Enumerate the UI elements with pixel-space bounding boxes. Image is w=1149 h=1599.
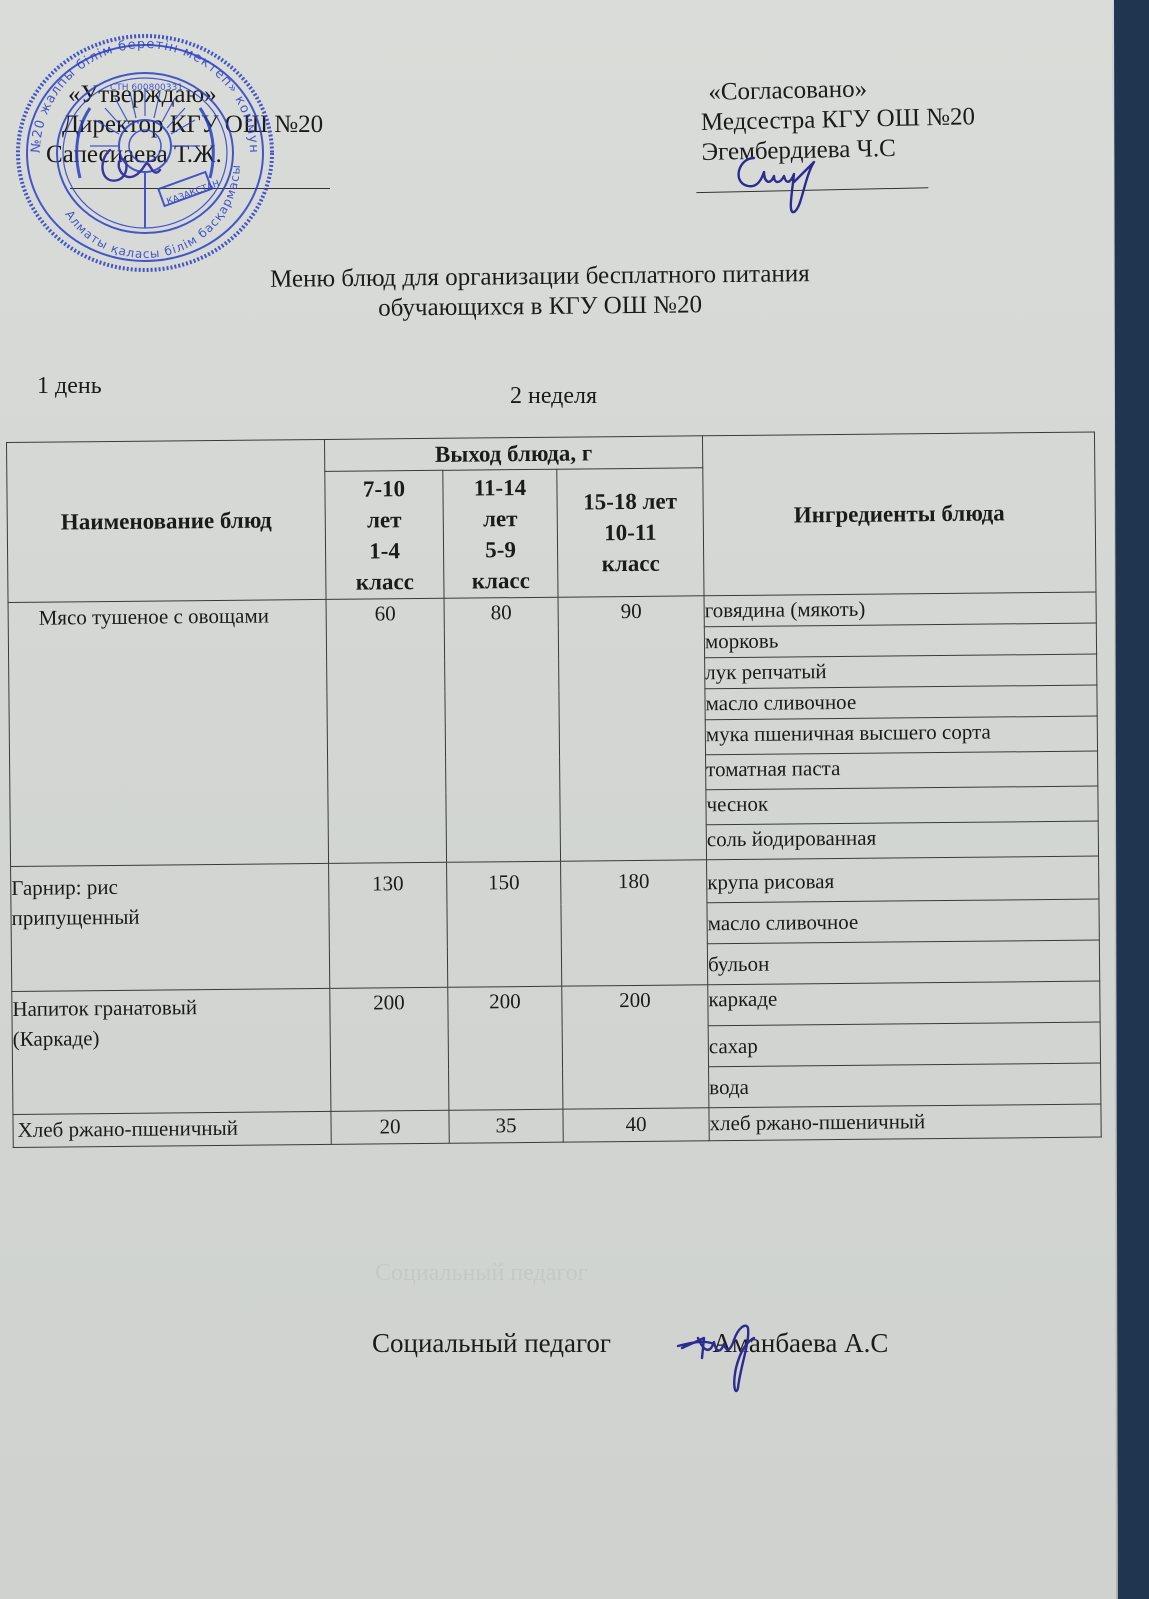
dish-name: Хлеб ржано-пшеничный (13, 1111, 331, 1147)
ingredient: бульон (707, 940, 1099, 985)
ingredient: хлеб ржано-пшеничный (709, 1104, 1101, 1141)
header-group-11-14: 11-14 лет 5-9 класс (443, 469, 558, 598)
agreement-block: «Согласовано» Медсестра КГУ ОШ №20 Эгемб… (700, 72, 976, 168)
header-group-a-line: 1-4 (326, 534, 443, 566)
header-yield: Выход блюда, г (324, 436, 702, 472)
header-ingredients: Ингредиенты блюда (702, 432, 1096, 596)
ingredient: масло сливочное (707, 899, 1099, 944)
stamp-bottom-text: Алматы қаласы білім басқармасы (62, 163, 243, 261)
footer-role: Социальный педагог (372, 1328, 611, 1358)
ingredient: крупа рисовая (707, 856, 1099, 903)
header-group-b-line: класс (444, 564, 557, 596)
yield-7-10: 60 (326, 598, 447, 863)
yield-7-10: 130 (329, 862, 448, 988)
header-group-a-line: лет (326, 503, 443, 535)
ingredient: каркаде (708, 981, 1100, 1026)
document-title: Меню блюд для организации бесплатного пи… (150, 258, 931, 326)
dish-name: Гарнир: рис припущенный (11, 863, 330, 991)
header-group-b-line: 11-14 (443, 471, 556, 503)
header-group-c-line: 15-18 лет (557, 485, 702, 517)
yield-7-10: 200 (330, 987, 449, 1111)
agreement-position: Медсестра КГУ ОШ №20 (701, 102, 976, 138)
menu-table: Наименование блюд Выход блюда, г Ингреди… (6, 432, 1102, 1148)
ingredient: чеснок (706, 786, 1098, 825)
stamp-bin-text: СТН 600800331 (110, 83, 183, 93)
header-dish-name-text: Наименование блюд (61, 507, 272, 534)
week-label: 2 неделя (510, 383, 597, 410)
ingredient: морковь (704, 623, 1096, 658)
ingredient: масло сливочное (705, 685, 1097, 720)
day-label: 1 день (37, 373, 102, 400)
yield-11-14: 150 (447, 861, 562, 987)
header-group-a-line: 7-10 (325, 472, 442, 504)
official-stamp-icon: №20 жалпы білім беретін мектеп» коммунал… (10, 28, 280, 278)
agreement-name: Эгембердиева Ч.С (701, 132, 976, 168)
yield-15-18: 180 (561, 860, 708, 986)
ingredient: вода (709, 1063, 1101, 1108)
ingredient: мука пшеничная высшего сорта (705, 716, 1097, 755)
ingredient: томатная паста (706, 751, 1098, 790)
dish-name: Мясо тушеное с овощами (8, 599, 329, 866)
header-group-7-10: 7-10 лет 1-4 класс (325, 470, 444, 599)
bleed-through-text: Социальный педагог (375, 1260, 587, 1287)
header-group-a-line: класс (326, 565, 443, 597)
yield-15-18: 90 (558, 596, 707, 861)
header-group-c-line: класс (558, 547, 703, 579)
ingredient: сахар (708, 1022, 1100, 1067)
footer-person: Аманбаева А.С (712, 1328, 888, 1358)
dish-name: Напиток гранатовый (Каркаде) (12, 988, 331, 1114)
svg-text:Алматы қаласы білім басқармасы: Алматы қаласы білім басқармасы (62, 163, 243, 261)
header-group-c-line: 10-11 (558, 516, 703, 548)
header-group-15-18: 15-18 лет 10-11 класс (557, 468, 704, 597)
ingredient: лук репчатый (705, 654, 1097, 689)
header-group-b-line: 5-9 (444, 533, 557, 565)
ingredient: соль йодированная (706, 821, 1098, 860)
footer-signature-block: Социальный педагог Аманбаева А.С (372, 1328, 888, 1359)
header-dish-name: Наименование блюд (7, 439, 327, 602)
yield-15-18: 40 (563, 1108, 709, 1142)
yield-15-18: 200 (562, 985, 709, 1109)
yield-11-14: 80 (444, 597, 561, 862)
yield-11-14: 35 (449, 1109, 563, 1143)
ingredient: говядина (мякоть) (704, 592, 1096, 627)
menu-table-container: Наименование блюд Выход блюда, г Ингреди… (6, 432, 1102, 1148)
yield-7-10: 20 (331, 1110, 449, 1144)
yield-11-14: 200 (448, 986, 563, 1110)
header-group-b-line: лет (444, 502, 557, 534)
